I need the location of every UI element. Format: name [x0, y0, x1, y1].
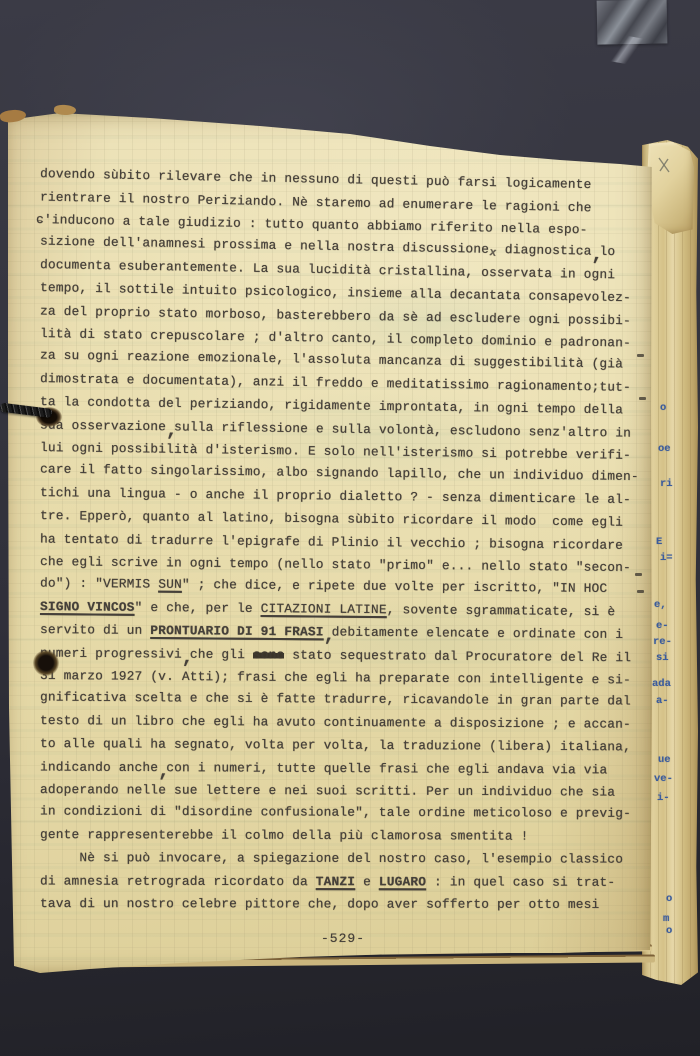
text-segment: ta la condotta del periziando, rigidamen… [40, 394, 623, 417]
text-segment: TANZI [316, 874, 355, 889]
text-segment: 31 marzo 1927 (v. Atti); frasi che egli … [40, 668, 631, 687]
text-segment: gnificativa scelta e che si è fatte trad… [40, 690, 631, 709]
text-line: to alle quali ha segnato, volta per volt… [40, 733, 646, 759]
text-segment: adoperando nelle sue lettere e nei suoi … [40, 782, 615, 800]
text-line: in condizioni di "disordine confusionale… [40, 801, 646, 826]
binding-hole-bottom [33, 650, 59, 676]
text-segment: e [355, 874, 379, 889]
margin-tick [637, 354, 644, 357]
pencil-x-mark [656, 156, 672, 174]
margin-tick [639, 397, 646, 400]
struck-out-word: sono [253, 647, 285, 662]
text-segment: testo di un libro che egli ha avuto cont… [40, 713, 631, 732]
margin-tick [637, 590, 644, 593]
text-segment: , sovente sgrammaticate, si è [387, 602, 616, 619]
text-segment: in condizioni di "disordine confusionale… [40, 804, 631, 821]
typewritten-text: dovendo sùbito rilevare che in nessuno d… [40, 163, 646, 915]
text-segment: " e che, per le [135, 600, 261, 616]
text-segment: ha tentato di tradurre l'epigrafe di Pli… [40, 531, 623, 552]
document-page: dovendo sùbito rilevare che in nessuno d… [6, 108, 654, 976]
scanned-document-photo: dovendo sùbito rilevare che in nessuno d… [0, 0, 700, 1056]
text-line: indicando anche,con i numeri, tutte quel… [40, 756, 646, 782]
page-number: -529- [40, 931, 646, 946]
text-segment: tava di un nostro celebre pittore che, d… [40, 896, 599, 912]
text-segment: LUGARO [379, 874, 426, 889]
text-segment: sulla riflessione e sulla volontà, esclu… [174, 419, 631, 440]
text-segment: che gli [190, 646, 253, 662]
text-segment: CITAZIONI LATINE [261, 601, 387, 617]
text-segment: SUN [158, 577, 182, 592]
text-segment: stato sequestrato dal Procuratore del Re… [284, 647, 631, 665]
text-line: gente rappresenterebbe il colmo della pi… [40, 824, 646, 849]
text-segment: tichi una lingua - o anche il proprio di… [40, 485, 631, 507]
text-segment: Nè si può invocare, a spiegazione del no… [40, 850, 623, 867]
text-segment: numeri progressivi [40, 645, 182, 661]
text-segment: di amnesia retrograda ricordato da [40, 873, 316, 889]
text-segment: con i numeri, tutte quelle frasi che egl… [166, 760, 607, 777]
text-segment: diagnostica [497, 242, 592, 259]
text-segment: tre. Epperò, quanto al latino, bisogna s… [40, 508, 623, 530]
text-segment: to alle quali ha segnato, volta per volt… [40, 736, 631, 754]
text-segment: SIGNO VINCOS [40, 599, 135, 615]
text-segment: indicando anche [40, 759, 158, 775]
text-segment: servito di un [40, 622, 150, 638]
text-line: di amnesia retrograda ricordato da TANZI… [40, 870, 646, 894]
text-segment: : in quel caso si trat- [426, 874, 615, 889]
text-segment: PRONTUARIO DI 91 FRASI [150, 623, 323, 639]
margin-tick [635, 573, 642, 576]
text-segment: sizione dell'anamnesi prossima e nella n… [40, 234, 489, 257]
text-segment: che egli scrive in ogni tempo (nello sta… [40, 554, 631, 575]
text-segment: care il fatto singolarissimo, albo signa… [40, 462, 639, 485]
text-segment: za su ogni reazione emozionale, l'assolu… [40, 348, 623, 372]
text-segment: do") : "VERMIS [40, 576, 158, 592]
text-segment: gente rappresenterebbe il colmo della pi… [40, 827, 529, 844]
text-segment: debitamente elencate e ordinate con i [332, 624, 624, 641]
text-segment: " ; che dice, e ripete due volte per isc… [182, 577, 608, 596]
text-line: Nè si può invocare, a spiegazione del no… [40, 847, 646, 871]
text-line: tava di un nostro celebre pittore che, d… [40, 893, 646, 917]
